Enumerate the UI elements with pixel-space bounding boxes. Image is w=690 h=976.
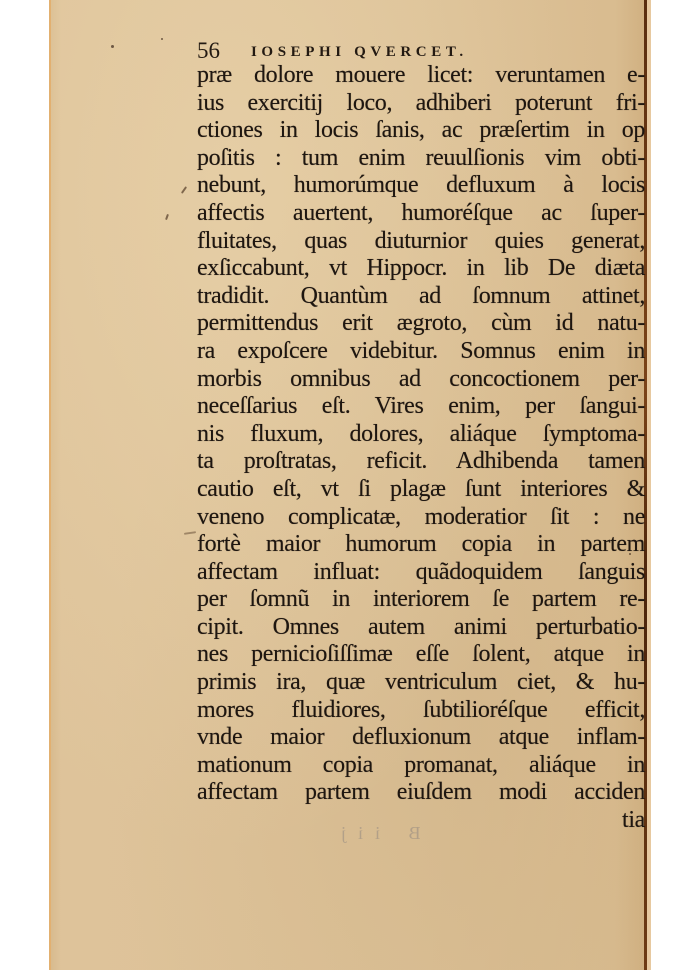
- text-line: tradidit. Quantùm ad ſomnum attinet,: [197, 283, 645, 311]
- text-line: ta proſtratas, reficit. Adhibenda tamen: [197, 448, 645, 476]
- text-line: fluitates, quas diuturnior quies generat…: [197, 228, 645, 256]
- text-line: nis fluxum, dolores, aliáque ſymptoma-: [197, 421, 645, 449]
- text-line: mationum copia promanat, aliáque in: [197, 752, 645, 780]
- text-line: veneno complicatæ, moderatior ſit : ne: [197, 504, 645, 532]
- text-line: mores fluidiores, ſubtilioréſque efficit…: [197, 697, 645, 725]
- text-line: fortè maior humorum copia in partem: [197, 531, 645, 559]
- text-line: ctiones in locis ſanis, ac præſertim in …: [197, 117, 645, 145]
- page-outer-edge: [647, 0, 651, 970]
- running-head: 56 IOSEPHI QVERCET.: [197, 38, 637, 64]
- text-line: affectam partem eiuſdem modi acciden: [197, 779, 645, 807]
- paper-speck: [161, 38, 163, 40]
- text-line: ius exercitij loco, adhiberi poterunt fr…: [197, 90, 645, 118]
- margin-pen-mark: [181, 186, 187, 194]
- page-number: 56: [197, 38, 220, 64]
- paper-speck: [629, 553, 631, 555]
- text-line: præ dolore mouere licet: veruntamen e-: [197, 62, 645, 90]
- running-title: IOSEPHI QVERCET.: [251, 42, 468, 62]
- paper-speck: [111, 45, 114, 48]
- catchword: tia: [197, 807, 645, 835]
- text-line: poſitis : tum enim reuulſionis vim obti-: [197, 145, 645, 173]
- paper-speck: [619, 436, 621, 438]
- text-line: cautio eſt, vt ſi plagæ ſunt interiores …: [197, 476, 645, 504]
- book-page: 56 IOSEPHI QVERCET. præ dolore mouere li…: [49, 0, 651, 970]
- text-line: permittendus erit ægroto, cùm id natu-: [197, 310, 645, 338]
- text-line: affectam influat: quãdoquidem ſanguis: [197, 559, 645, 587]
- body-text: præ dolore mouere licet: veruntamen e- i…: [197, 62, 645, 835]
- text-line: per ſomnũ in interiorem ſe partem re-: [197, 586, 645, 614]
- text-line: nes pernicioſiſſimæ eſſe ſolent, atque i…: [197, 641, 645, 669]
- show-through-signature: B iij: [329, 823, 421, 844]
- text-line: nebunt, humorúmque defluxum à locis: [197, 172, 645, 200]
- text-line: exſiccabunt, vt Hippocr. in lib De diæta: [197, 255, 645, 283]
- text-line: primis ira, quæ ventriculum ciet, & hu-: [197, 669, 645, 697]
- text-line: neceſſarius eſt. Vires enim, per ſangui-: [197, 393, 645, 421]
- text-line: cipit. Omnes autem animi perturbatio-: [197, 614, 645, 642]
- text-line: ra expoſcere videbitur. Somnus enim in: [197, 338, 645, 366]
- text-line: affectis auertent, humoréſque ac ſuper-: [197, 200, 645, 228]
- margin-pen-mark: [165, 214, 169, 220]
- margin-pen-mark: [184, 531, 196, 535]
- text-line: vnde maior defluxionum atque inflam-: [197, 724, 645, 752]
- text-line: morbis omnibus ad concoctionem per-: [197, 366, 645, 394]
